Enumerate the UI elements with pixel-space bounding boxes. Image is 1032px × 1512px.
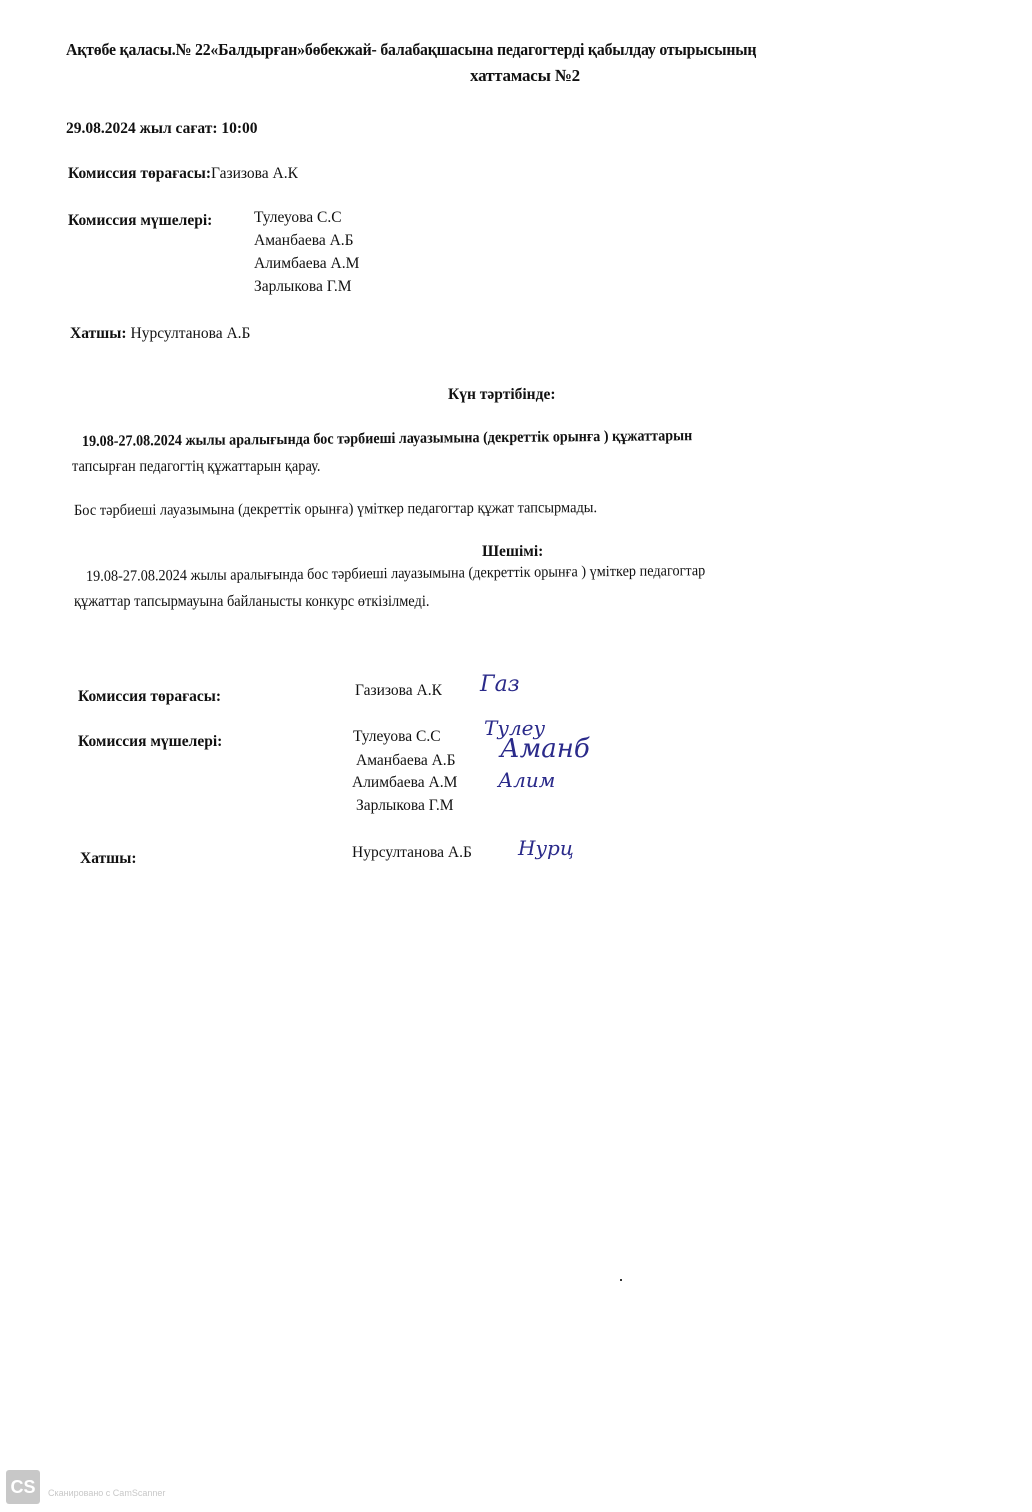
decision-line1: 19.08-27.08.2024 жылы аралығында бос тәр… (86, 562, 705, 586)
date-time: 29.08.2024 жыл сағат: 10:00 (66, 120, 258, 138)
secretary-row: Хатшы: Нурсултанова А.Б (70, 325, 250, 343)
sig-chair-name: Газизова А.К (355, 682, 442, 700)
member-signature: Аманб (500, 734, 590, 764)
secretary-signature: Нурц (518, 836, 574, 860)
document-title-line2: хаттамасы №2 (470, 66, 580, 86)
chair-label: Комиссия төрағасы: (68, 165, 211, 182)
scan-speck (620, 1279, 622, 1281)
chair-name: Газизова А.К (211, 165, 298, 182)
chair-signature: Газ (480, 672, 520, 697)
sig-member-name: Алимбаева А.М (352, 774, 457, 792)
sig-members-label: Комиссия мүшелері: (78, 733, 222, 751)
member-signature: Алим (498, 768, 555, 792)
secretary-label: Хатшы: (70, 325, 127, 342)
sig-member-name: Тулеуова С.С (353, 728, 441, 746)
decision-line2: құжаттар тапсырмауына байланысты конкурс… (74, 593, 429, 611)
secretary-name: Нурсултанова А.Б (131, 325, 251, 342)
decision-title: Шешімі: (482, 543, 543, 561)
camscanner-watermark: Сканировано с CamScanner (48, 1488, 165, 1498)
members-label: Комиссия мүшелері: (68, 212, 212, 230)
agenda-text: 19.08-27.08.2024 жылы аралығында бос тәр… (82, 427, 692, 450)
sig-chair-label: Комиссия төрағасы: (78, 688, 221, 706)
member-name: Алимбаева А.М (254, 255, 359, 273)
member-name: Тулеуова С.С (254, 209, 342, 227)
agenda-line2: тапсырған педагогтің құжаттарын қарау. (72, 458, 320, 476)
sig-member-name: Аманбаева А.Б (356, 752, 456, 770)
document-title-line1: Ақтөбе қаласы.№ 22«Балдырған»бөбекжай- б… (66, 40, 756, 60)
sig-secretary-name: Нурсултанова А.Б (352, 844, 472, 862)
chair-row: Комиссия төрағасы:Газизова А.К (68, 165, 298, 183)
note-line: Бос тәрбиеші лауазымына (декреттік орынғ… (74, 499, 597, 520)
agenda-line1: 19.08-27.08.2024 жылы аралығында бос тәр… (82, 427, 692, 451)
agenda-title: Күн тәртібінде: (448, 386, 556, 404)
sig-secretary-label: Хатшы: (80, 850, 137, 868)
member-name: Зарлыкова Г.М (254, 278, 352, 296)
sig-member-name: Зарлыкова Г.М (356, 797, 454, 815)
camscanner-logo-icon: CS (6, 1470, 40, 1504)
member-name: Аманбаева А.Б (254, 232, 354, 250)
